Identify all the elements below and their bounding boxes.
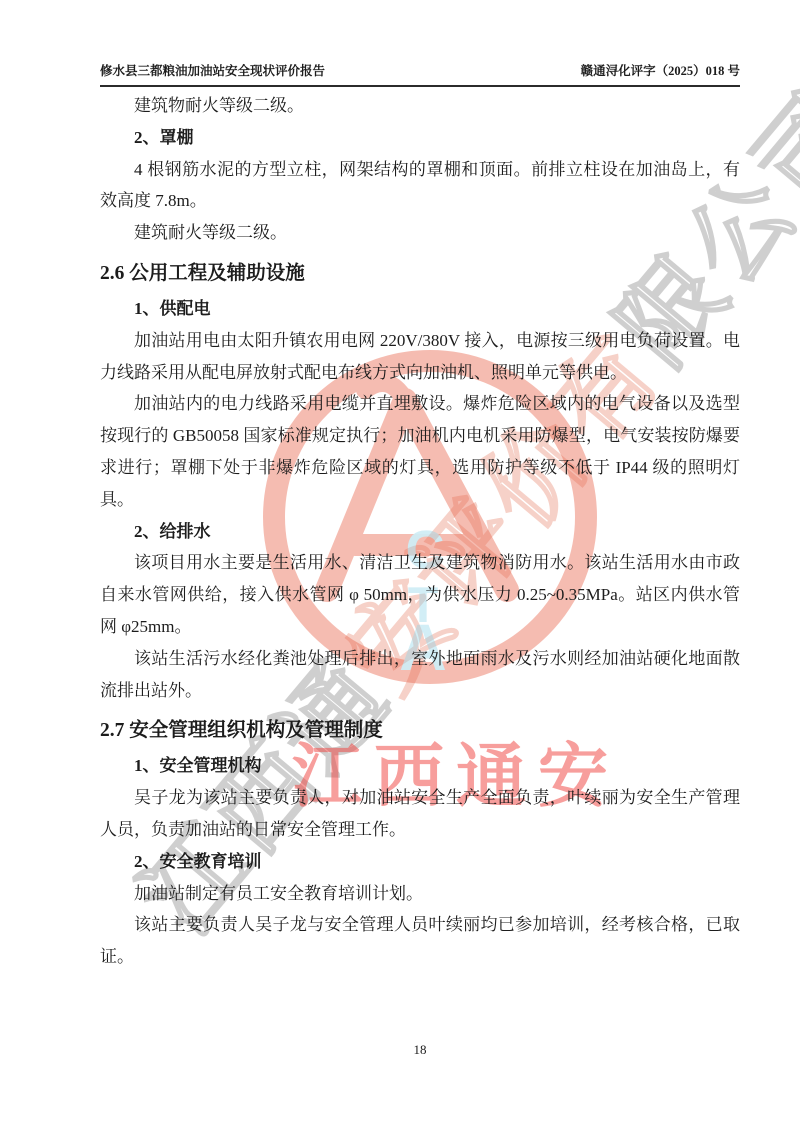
sub-heading: 1、供配电: [100, 293, 740, 325]
paragraph: 建筑耐火等级二级。: [100, 217, 740, 249]
paragraph: 该站生活污水经化粪池处理后排出，室外地面雨水及污水则经加油站硬化地面散流排出站外…: [100, 643, 740, 707]
page-header: 修水县三都粮油加油站安全现状评价报告 赣通浔化评字（2025）018 号: [100, 63, 740, 87]
sub-heading: 1、安全管理机构: [100, 750, 740, 782]
sub-heading: 2、罩棚: [100, 122, 740, 154]
document-page: 江西通安评价有限公司 C T A 江西通安 修水县三都粮油加油站安全现状评价报告…: [0, 0, 800, 1131]
paragraph: 吴子龙为该站主要负责人，对加油站安全生产全面负责，叶续丽为安全生产管理人员，负责…: [100, 782, 740, 846]
header-document-number: 赣通浔化评字（2025）018 号: [581, 63, 740, 79]
paragraph: 该项目用水主要是生活用水、清洁卫生及建筑物消防用水。该站生活用水由市政自来水管网…: [100, 547, 740, 642]
section-heading: 2.6 公用工程及辅助设施: [100, 255, 740, 293]
paragraph: 加油站用电由太阳升镇农用电网 220V/380V 接入，电源按三级用电负荷设置。…: [100, 325, 740, 389]
document-body: 建筑物耐火等级二级。 2、罩棚 4 根钢筋水泥的方型立柱，网架结构的罩棚和顶面。…: [100, 90, 740, 973]
paragraph: 该站主要负责人吴子龙与安全管理人员叶续丽均已参加培训，经考核合格，已取证。: [100, 909, 740, 973]
header-report-title: 修水县三都粮油加油站安全现状评价报告: [100, 63, 325, 79]
sub-heading: 2、给排水: [100, 516, 740, 548]
paragraph: 加油站内的电力线路采用电缆并直埋敷设。爆炸危险区域内的电气设备以及选型按现行的 …: [100, 388, 740, 515]
page-number: 18: [100, 1042, 740, 1058]
paragraph: 加油站制定有员工安全教育培训计划。: [100, 878, 740, 910]
paragraph: 4 根钢筋水泥的方型立柱，网架结构的罩棚和顶面。前排立柱设在加油岛上，有效高度 …: [100, 154, 740, 218]
sub-heading: 2、安全教育培训: [100, 846, 740, 878]
section-heading: 2.7 安全管理组织机构及管理制度: [100, 712, 740, 750]
paragraph: 建筑物耐火等级二级。: [100, 90, 740, 122]
